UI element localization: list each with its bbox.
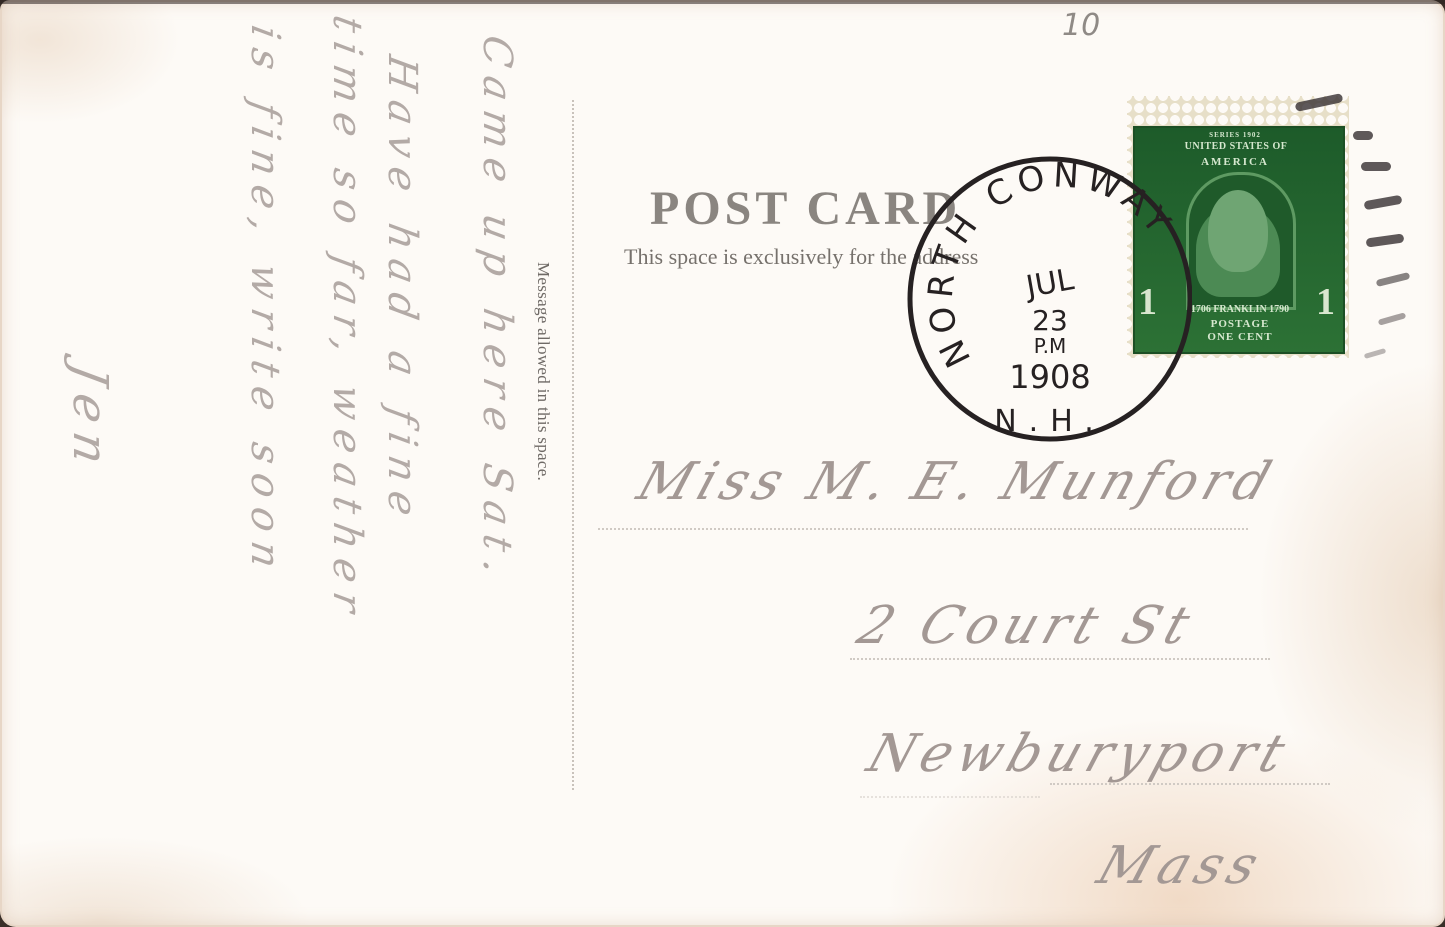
pencil-mark: 10 <box>1062 8 1100 43</box>
message-line: Have had a fine <box>379 52 425 529</box>
killer-bar <box>1364 195 1403 210</box>
postmark: NORTH CONWAY JUL 23 P.M 1908 N.H. <box>902 154 1192 444</box>
scan-edge <box>0 0 1445 4</box>
stamp-numeral-right: 1 <box>1316 280 1335 324</box>
address-line <box>598 528 1248 530</box>
postcard-back: 10 Came up here Sat. Have had a fine tim… <box>0 0 1445 927</box>
message-line: Came up here Sat. <box>474 32 520 588</box>
address-state: Mass <box>1090 836 1271 896</box>
killer-bar <box>1366 233 1405 247</box>
franklin-portrait-icon <box>1208 190 1268 272</box>
address-recipient: Miss M. E. Munford <box>630 452 1284 512</box>
postmark-state: N.H. <box>990 404 1110 439</box>
signature: Jen <box>62 360 118 478</box>
killer-bar <box>1364 348 1387 359</box>
message-instruction: Message allowed in this space. <box>533 262 553 481</box>
stamp-name-line: 1706 FRANKLIN 1790 <box>1180 304 1300 315</box>
stamp-country: UNITED STATES OF <box>1150 141 1322 152</box>
killer-bar <box>1353 131 1373 140</box>
killer-bar <box>1378 312 1407 325</box>
postmark-year: 1908 <box>990 358 1110 396</box>
killer-bar <box>1376 272 1411 287</box>
stamp-postage: POSTAGE <box>1180 318 1300 330</box>
address-street: 2 Court St <box>850 596 1202 656</box>
address-line <box>850 658 1270 660</box>
center-divider <box>572 100 574 790</box>
address-line <box>860 796 1040 798</box>
message-line: is fine, write soon <box>242 22 288 582</box>
stamp-series: SERIES 1902 <box>1160 131 1310 139</box>
postmark-day: 23 <box>990 304 1110 337</box>
address-city: Newburyport <box>860 724 1298 784</box>
killer-bar <box>1361 162 1391 171</box>
postmark-time: P.M <box>990 334 1110 358</box>
message-line: time so far, weather <box>324 12 370 626</box>
